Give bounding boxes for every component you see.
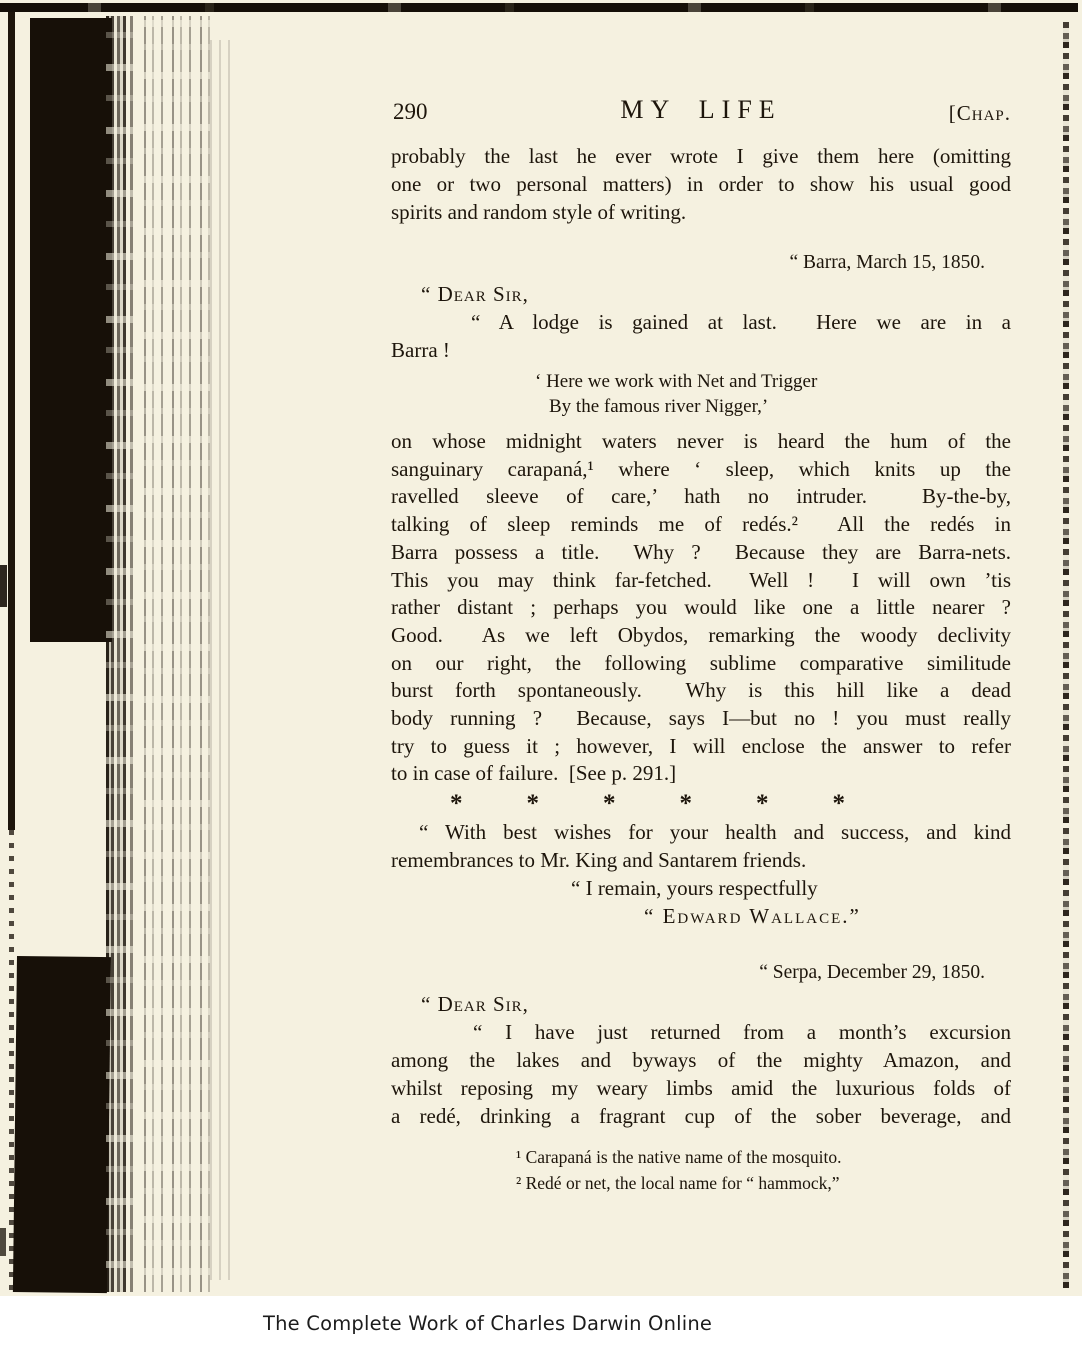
text-line: on whose midnight waters never is heard … — [391, 428, 1011, 456]
text-line: ¹ Carapaná is the native name of the mos… — [516, 1144, 1011, 1170]
letter1-verse: ‘ Here we work with Net and TriggerBy th… — [535, 369, 1011, 419]
gutter-streaks-faint — [210, 40, 236, 1280]
scan-edge-mark — [0, 565, 7, 607]
letter1-valediction: “ I remain, yours respectfully — [571, 874, 1011, 902]
letter1-salutation: “ Dear Sir, — [391, 280, 1011, 308]
gutter-streaks-heavy — [106, 16, 144, 1292]
binding-shadow-bottom — [13, 956, 111, 1293]
letter1-opening: “ A lodge is gained at last. Here we are… — [391, 308, 1011, 364]
text-line: ² Redé or net, the local name for “ hamm… — [516, 1170, 1011, 1196]
text-line: * — [527, 793, 540, 817]
text-line: * — [833, 793, 846, 817]
text-line: burst forth spontaneously. Why is this h… — [391, 677, 1011, 705]
letter1-closing: “ With best wishes for your health and s… — [391, 818, 1011, 874]
letter1-body: on whose midnight waters never is heard … — [391, 428, 1011, 788]
running-header: 290 MY LIFE [Chap. — [391, 96, 1011, 126]
scan-right-edge — [1063, 22, 1069, 1288]
text-line: rather distant ; perhaps you would like … — [391, 594, 1011, 622]
text-line: try to guess it ; however, I will enclos… — [391, 733, 1011, 761]
text-line: Barra possess a title. Why ? Because the… — [391, 539, 1011, 567]
text-line: one or two personal matters) in order to… — [391, 170, 1011, 198]
site-footer-text: The Complete Work of Charles Darwin Onli… — [263, 1312, 712, 1335]
scan-edge-mark — [0, 1228, 6, 1256]
text-line: on our right, the following sublime comp… — [391, 650, 1011, 678]
scan-left-edge-line — [8, 12, 15, 830]
text-line: probably the last he ever wrote I give t… — [391, 142, 1011, 170]
text-line: * — [756, 793, 769, 817]
letter2-dateline: “ Serpa, December 29, 1850. — [391, 960, 1011, 986]
text-line: Good. As we left Obydos, remarking the w… — [391, 622, 1011, 650]
text-line: ‘ Here we work with Net and Trigger — [535, 369, 1011, 394]
text-line: * — [450, 793, 463, 817]
text-line: sanguinary carapaná,¹ where ‘ sleep, whi… — [391, 456, 1011, 484]
letter1-dateline: “ Barra, March 15, 1850. — [391, 250, 1011, 276]
text-line: body running ? Because, says I—but no ! … — [391, 705, 1011, 733]
section-break-asterisks: ****** — [450, 793, 845, 817]
text-line: By the famous river Nigger,’ — [549, 394, 1011, 419]
chapter-marker: [Chap. — [949, 99, 1011, 127]
text-line: remembrances to Mr. King and Santarem fr… — [391, 846, 1011, 874]
running-title: MY LIFE — [391, 96, 1011, 124]
letter2-body: “ I have just returned from a month’s ex… — [391, 1018, 1011, 1130]
scan-top-edge — [0, 3, 1078, 12]
text-line: talking of sleep reminds me of redés.² A… — [391, 511, 1011, 539]
text-line: “ With best wishes for your health and s… — [391, 818, 1011, 846]
text-line: spirits and random style of writing. — [391, 198, 1011, 226]
letter2-salutation: “ Dear Sir, — [391, 990, 1011, 1018]
page: 290 MY LIFE [Chap. probably the last he … — [0, 0, 1082, 1346]
text-line: among the lakes and byways of the mighty… — [391, 1046, 1011, 1074]
text-line: a redé, drinking a fragrant cup of the s… — [391, 1102, 1011, 1130]
text-line: This you may think far-fetched. Well ! I… — [391, 567, 1011, 595]
footnotes: ¹ Carapaná is the native name of the mos… — [516, 1144, 1011, 1196]
text-line: Barra ! — [391, 336, 1011, 364]
gutter-streaks-light — [144, 16, 210, 1292]
text-line: “ I have just returned from a month’s ex… — [391, 1018, 1011, 1046]
book-scan: 290 MY LIFE [Chap. probably the last he … — [0, 0, 1082, 1296]
text-line: to in case of failure. [See p. 291.] — [391, 760, 1011, 788]
binding-shadow-top — [30, 18, 112, 642]
page-text: 290 MY LIFE [Chap. probably the last he … — [391, 92, 1011, 1196]
text-line: * — [680, 793, 693, 817]
text-line: ravelled sleeve of care,’ hath no intrud… — [391, 483, 1011, 511]
letter1-signature: “ Edward Wallace.” — [644, 902, 1011, 930]
text-line: whilst reposing my weary limbs amid the … — [391, 1074, 1011, 1102]
text-line: “ A lodge is gained at last. Here we are… — [391, 308, 1011, 336]
text-line: * — [603, 793, 616, 817]
intro-paragraph: probably the last he ever wrote I give t… — [391, 142, 1011, 226]
